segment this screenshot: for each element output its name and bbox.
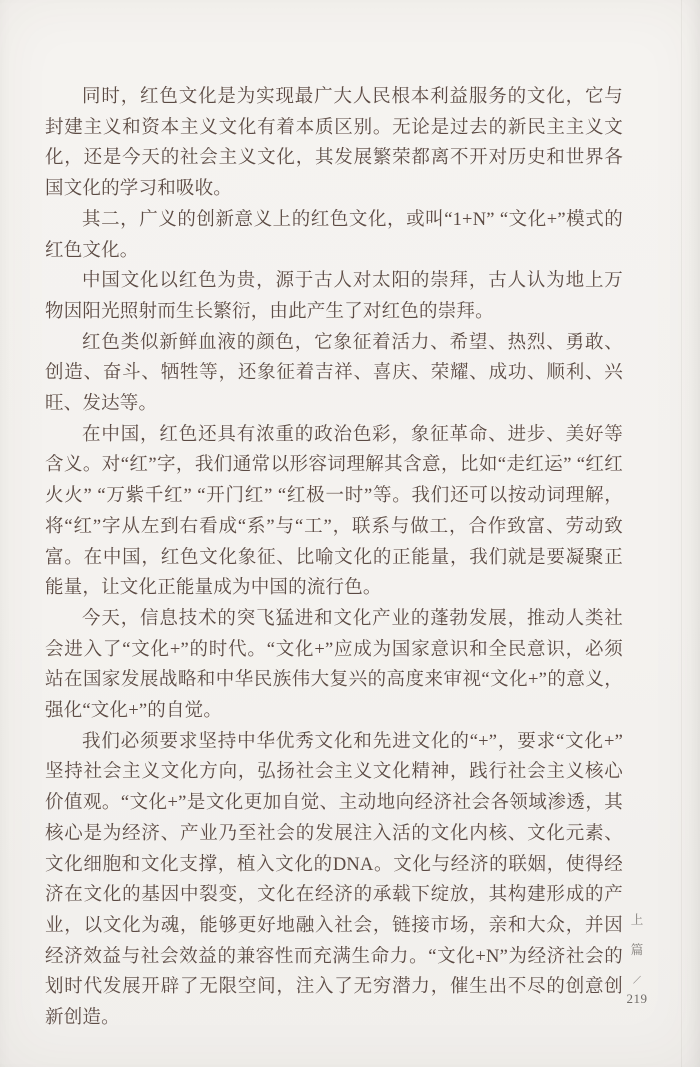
paragraph: 我们必须要求坚持中华优秀文化和先进文化的“+”，要求“文化+”坚持社会主义文化方… [45, 727, 623, 1034]
paragraph: 在中国，红色还具有浓重的政治色彩，象征革命、进步、美好等含义。对“红”字，我们通… [45, 420, 623, 604]
paragraph: 今天，信息技术的突飞猛进和文化产业的蓬勃发展，推动人类社会进入了“文化+”的时代… [45, 604, 623, 727]
book-page: 同时，红色文化是为实现最广大人民根本利益服务的文化，它与封建主义和资本主义文化有… [0, 0, 700, 1067]
folio-section-char-1: 上 [631, 914, 644, 927]
paragraph: 红色类似新鲜血液的颜色，它象征着活力、希望、热烈、勇敢、创造、奋斗、牺牲等，还象… [45, 328, 623, 420]
paragraph: 同时，红色文化是为实现最广大人民根本利益服务的文化，它与封建主义和资本主义文化有… [45, 82, 623, 205]
paragraph: 中国文化以红色为贵，源于古人对太阳的崇拜，古人认为地上万物因阳光照射而生长繁衍，… [45, 266, 623, 327]
folio-section-char-2: 篇 [631, 944, 644, 957]
paragraph: 其二，广义的创新意义上的红色文化，或叫“1+N” “文化+”模式的红色文化。 [45, 205, 623, 266]
folio: 上 篇 ∕ 219 [624, 914, 650, 1005]
folio-separator: ∕ [635, 973, 639, 986]
page-number: 219 [627, 992, 648, 1005]
text-block: 同时，红色文化是为实现最广大人民根本利益服务的文化，它与封建主义和资本主义文化有… [45, 82, 623, 1034]
